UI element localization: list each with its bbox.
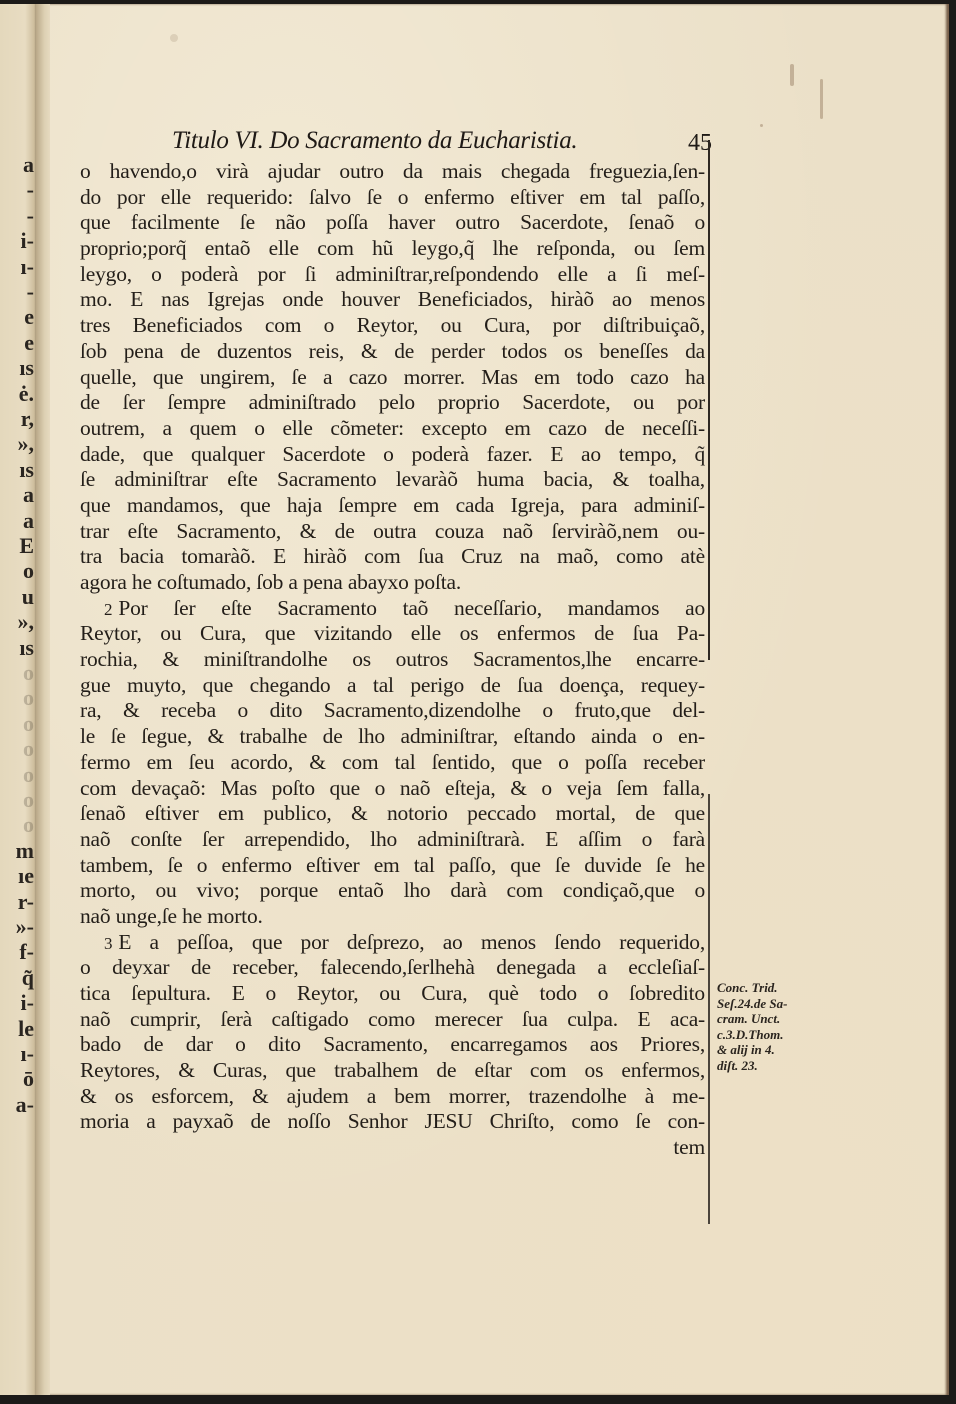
previous-page-fragment: q̃ xyxy=(0,967,34,989)
margin-note-line: c.3.D.Thom. xyxy=(717,1027,817,1043)
text-line: 3E a peſſoa, que por deſprezo, ao menos … xyxy=(80,930,705,956)
text-line-content: Por ſer eſte Sacramento taõ neceſſario, … xyxy=(118,596,705,620)
paper-stain xyxy=(170,34,178,42)
previous-page-fragment: ė. xyxy=(0,383,34,405)
previous-page-fragment: o xyxy=(0,713,34,735)
previous-page-fragment: o xyxy=(0,814,34,836)
text-line: ſe adminiſtrar eſte Sacramento levaràõ h… xyxy=(80,467,705,493)
previous-page-fragment: - xyxy=(0,205,34,227)
text-line: ſenaõ eſtiver em publico, & notorio pecc… xyxy=(80,801,705,827)
previous-page-fragment: a xyxy=(0,154,34,176)
catchword: tem xyxy=(80,1135,705,1161)
margin-note-line: Conc. Trid. xyxy=(717,980,817,996)
text-line: fermo em ſeu acordo, & com tal ſentido, … xyxy=(80,750,705,776)
text-line-content: E a peſſoa, que por deſprezo, ao menos ſ… xyxy=(118,930,705,954)
margin-note-line: cram. Unct. xyxy=(717,1011,817,1027)
previous-page-fragment: - xyxy=(0,179,34,201)
text-line: tica ſepultura. E o Reytor, ou Cura, què… xyxy=(80,981,705,1007)
text-line: naõ unge,ſe he morto. xyxy=(80,904,705,930)
text-line: trar eſte Sacramento, & de outra couza n… xyxy=(80,519,705,545)
text-line: ſob pena de duzentos reis, & de perder t… xyxy=(80,339,705,365)
text-line: com devaçaõ: Mas poſto que o naõ eſteja,… xyxy=(80,776,705,802)
previous-page-fragment: a- xyxy=(0,1094,34,1116)
text-line: proprio;porq̃ entaõ elle com hũ leygo,q̃… xyxy=(80,236,705,262)
previous-page-fragment: », xyxy=(0,433,34,455)
text-column-rule xyxy=(708,794,710,1224)
scanned-book-page: a--i-ı--eeısė.r,»,ısaaEou»,ısooooooomıer… xyxy=(0,4,949,1395)
running-head-title: Titulo VI. Do Sacramento da Eucharistia. xyxy=(172,127,577,155)
previous-page-fragment: u xyxy=(0,586,34,608)
text-line: naõ conſte ſer arrependido, lho adminiſt… xyxy=(80,827,705,853)
text-line: Reytor, ou Cura, que vizitando elle os e… xyxy=(80,621,705,647)
text-line: tra bacia tomaràõ. E hiràõ com ſua Cruz … xyxy=(80,544,705,570)
paper-stain xyxy=(790,64,794,86)
text-line: le ſe ſegue, & trabalhe de lho adminiſtr… xyxy=(80,724,705,750)
previous-page-fragment: ıe xyxy=(0,865,34,887)
previous-page-fragment: »- xyxy=(0,916,34,938)
text-line: quelle, que ungirem, ſe a cazo morrer. M… xyxy=(80,365,705,391)
paper-stain xyxy=(760,124,763,127)
text-line: naõ cumprir, ſerà caſtigado como merecer… xyxy=(80,1007,705,1033)
body-text: o havendo,o virà ajudar outro da mais ch… xyxy=(80,159,705,1161)
text-line: dade, que qualquer Sacerdote o poderà fa… xyxy=(80,442,705,468)
paper-stain xyxy=(820,79,823,119)
previous-page-fragment: r- xyxy=(0,891,34,913)
previous-page-fragment: o xyxy=(0,789,34,811)
text-line: que facilmente ſe não poſſa haver outro … xyxy=(80,210,705,236)
text-line: ra, & receba o dito Sacramento,dizendolh… xyxy=(80,698,705,724)
text-line: leygo, o poderà por ſi adminiſtrar,reſpo… xyxy=(80,262,705,288)
previous-page-fragment: ıs xyxy=(0,357,34,379)
previous-page-fragment: ıs xyxy=(0,637,34,659)
text-line: o havendo,o virà ajudar outro da mais ch… xyxy=(80,159,705,185)
text-line: gue muyto, que chegando a tal perigo de … xyxy=(80,673,705,699)
previous-page-fragment: r, xyxy=(0,408,34,430)
margin-note-line: & alij in 4. xyxy=(717,1042,817,1058)
previous-page-fragment: - xyxy=(0,281,34,303)
text-line: bado de dar o dito Sacramento, encarrega… xyxy=(80,1032,705,1058)
text-line: & os esforcem, & ajudem a bem morrer, tr… xyxy=(80,1084,705,1110)
previous-page-fragment: a xyxy=(0,484,34,506)
text-line: morto, ou vivo; porque entaõ lho darà co… xyxy=(80,878,705,904)
text-line: moria a payxaõ de noſſo Senhor JESU Chri… xyxy=(80,1109,705,1135)
marginal-citation: Conc. Trid.Seſ.24.de Sa-cram. Unct.c.3.D… xyxy=(717,980,817,1073)
previous-page-fragment: o xyxy=(0,560,34,582)
margin-note-line: diſt. 23. xyxy=(717,1058,817,1074)
previous-page-fragment: a xyxy=(0,510,34,532)
book-gutter xyxy=(36,4,50,1395)
text-line: mo. E nas Igrejas onde houver Beneficiad… xyxy=(80,287,705,313)
previous-page-fragment: ı- xyxy=(0,256,34,278)
text-line: do por elle requerido: ſalvo ſe o enferm… xyxy=(80,185,705,211)
paragraph-number: 2 xyxy=(104,600,112,619)
running-head: Titulo VI. Do Sacramento da Eucharistia.… xyxy=(172,127,712,159)
text-line: outrem, a quem o elle cõmeter: excepto e… xyxy=(80,416,705,442)
previous-page-fragment: f- xyxy=(0,941,34,963)
text-line: o deyxar de receber, falecendo,ſerlhehà … xyxy=(80,955,705,981)
previous-page-fragment: ıs xyxy=(0,459,34,481)
text-line: Reytores, & Curas, que trabalhem de eſta… xyxy=(80,1058,705,1084)
previous-page-fragment: e xyxy=(0,332,34,354)
previous-page-fragment: le xyxy=(0,1018,34,1040)
text-line: agora he coſtumado, ſob a pena abayxo po… xyxy=(80,570,705,596)
text-line: 2Por ſer eſte Sacramento taõ neceſſario,… xyxy=(80,596,705,622)
paragraph-number: 3 xyxy=(104,934,112,953)
text-line: que mandamos, que haja ſempre em cada Ig… xyxy=(80,493,705,519)
margin-note-line: Seſ.24.de Sa- xyxy=(717,996,817,1012)
previous-page-fragment: m xyxy=(0,840,34,862)
previous-page-fragment: i- xyxy=(0,230,34,252)
previous-page-fragment: o xyxy=(0,764,34,786)
previous-page-fragment: », xyxy=(0,611,34,633)
previous-page-fragment: i- xyxy=(0,992,34,1014)
previous-page-fragment: e xyxy=(0,306,34,328)
previous-page-fragment: o xyxy=(0,738,34,760)
text-line: de ſer ſempre adminiſtrado pelo proprio … xyxy=(80,390,705,416)
text-line: tambem, ſe o enfermo eſtiver em tal paſſ… xyxy=(80,853,705,879)
previous-page-fragment: o xyxy=(0,662,34,684)
previous-page-fragment: E xyxy=(0,535,34,557)
text-line: rochia, & miniſtrandolhe os outros Sacra… xyxy=(80,647,705,673)
text-column-rule xyxy=(708,140,710,660)
previous-page-fragment: o xyxy=(0,687,34,709)
text-line: tres Beneficiados com o Reytor, ou Cura,… xyxy=(80,313,705,339)
previous-page-fragment: ı- xyxy=(0,1043,34,1065)
previous-page-fragment: ō xyxy=(0,1068,34,1090)
